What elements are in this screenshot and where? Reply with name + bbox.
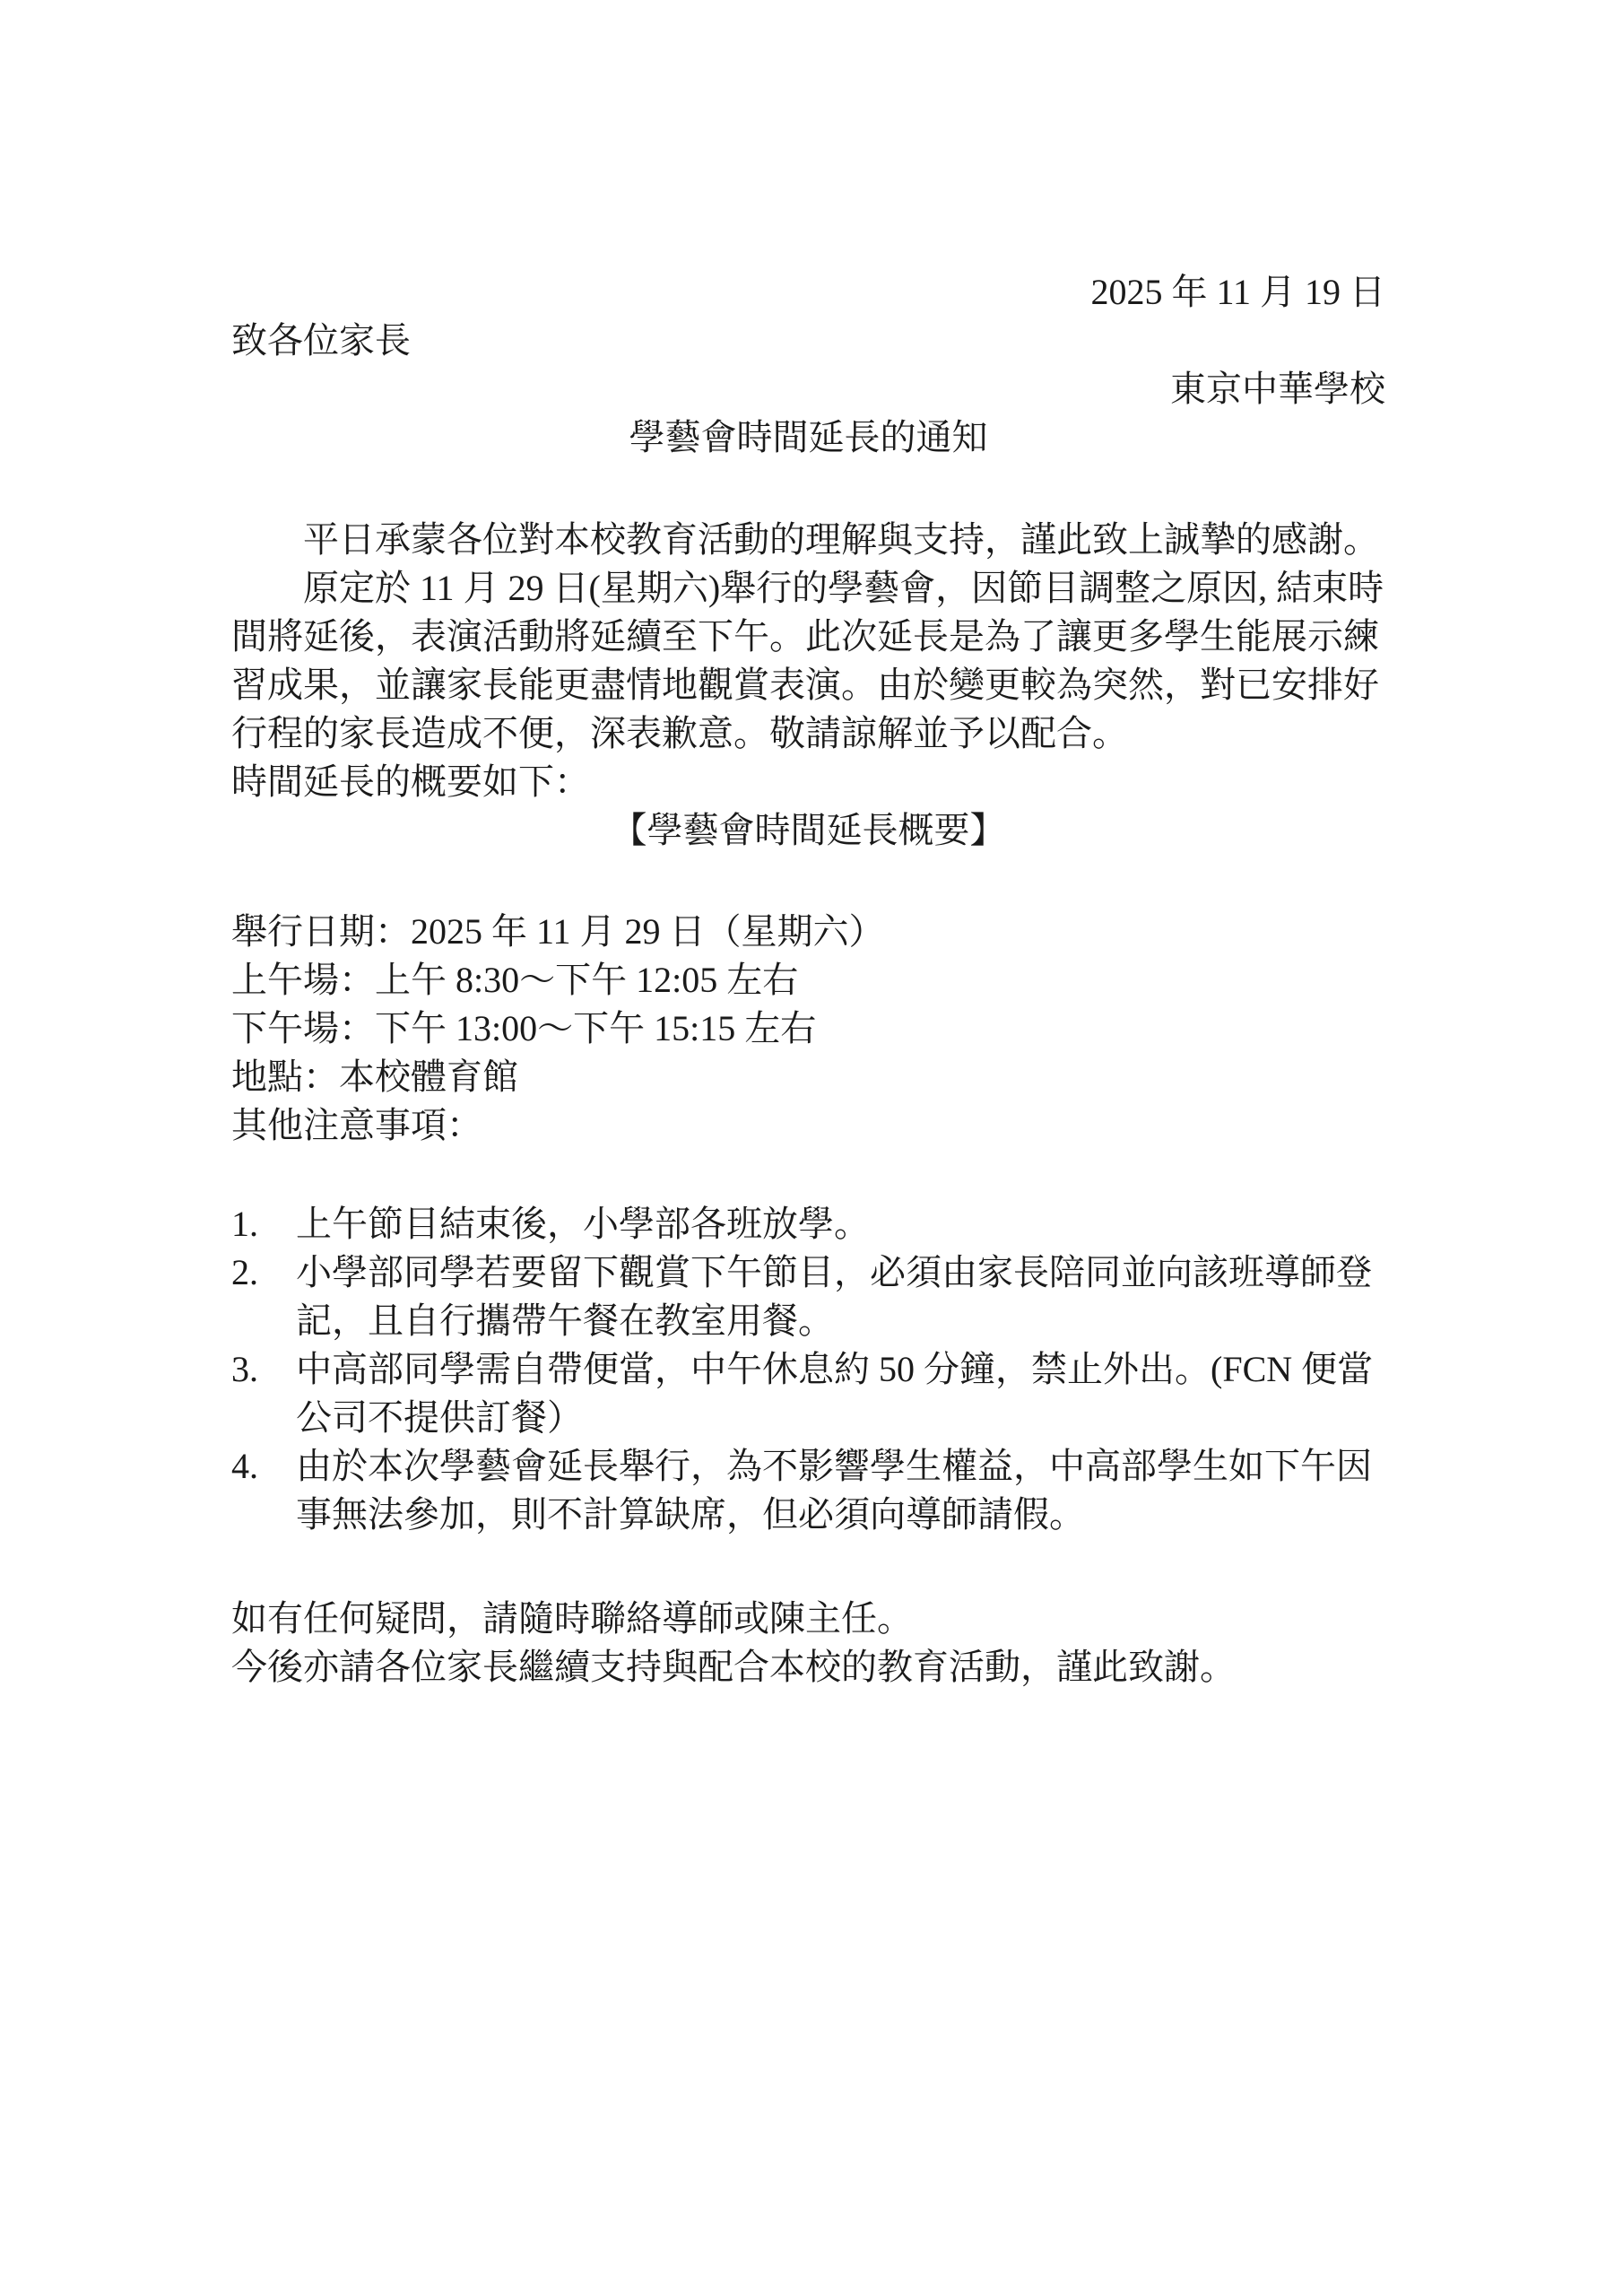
closing-contact-line: 如有任何疑問，請隨時聯絡導師或陳主任。 [231,1595,1385,1643]
recipient-line: 致各位家長 [231,317,1385,365]
note-number: 2. [231,1248,296,1345]
note-text: 上午節目結束後，小學部各班放學。 [296,1200,1385,1248]
document-content: 2025 年 11 月 19 日 致各位家長 東京中華學校 學藝會時間延長的通知… [231,0,1385,1692]
intro-paragraphs: 平日承蒙各位對本校教育活動的理解與支持，謹此致上誠摯的感謝。 原定於 11 月 … [231,516,1385,758]
sender-school-name: 東京中華學校 [231,365,1385,413]
notes-heading: 其他注意事項： [231,1101,1385,1150]
notice-document-page: 2025 年 11 月 19 日 致各位家長 東京中華學校 學藝會時間延長的通知… [0,0,1623,2296]
closing-thanks-line: 今後亦請各位家長繼續支持與配合本校的教育活動，謹此致謝。 [231,1643,1385,1692]
note-number: 1. [231,1200,296,1248]
summary-intro-line: 時間延長的概要如下： [231,758,1385,806]
notes-list: 1. 上午節目結束後，小學部各班放學。 2. 小學部同學若要留下觀賞下午節目，必… [231,1200,1385,1539]
document-title: 學藝會時間延長的通知 [231,413,1385,462]
summary-heading: 【學藝會時間延長概要】 [231,806,1385,855]
note-text: 由於本次學藝會延長舉行，為不影響學生權益，中高部學生如下午因事無法參加，則不計算… [296,1442,1385,1539]
note-item-2: 2. 小學部同學若要留下觀賞下午節目，必須由家長陪同並向該班導師登記，且自行攜帶… [231,1248,1385,1345]
note-text: 小學部同學若要留下觀賞下午節目，必須由家長陪同並向該班導師登記，且自行攜帶午餐在… [296,1248,1385,1345]
location-line: 地點：本校體育館 [231,1053,1385,1101]
schedule-block: 舉行日期：2025 年 11 月 29 日（星期六） 上午場：上午 8:30～下… [231,908,1385,1053]
note-item-3: 3. 中高部同學需自帶便當，中午休息約 50 分鐘，禁止外出。(FCN 便當公司… [231,1345,1385,1442]
schedule-date-line: 舉行日期：2025 年 11 月 29 日（星期六） [231,908,1385,956]
schedule-afternoon-session-line: 下午場：下午 13:00～下午 15:15 左右 [231,1004,1385,1053]
note-item-1: 1. 上午節目結束後，小學部各班放學。 [231,1200,1385,1248]
date-line: 2025 年 11 月 19 日 [231,268,1385,317]
paragraph-thanks: 平日承蒙各位對本校教育活動的理解與支持，謹此致上誠摯的感謝。 [231,516,1385,564]
closing-block: 如有任何疑問，請隨時聯絡導師或陳主任。 今後亦請各位家長繼續支持與配合本校的教育… [231,1595,1385,1692]
paragraph-extension-explanation: 原定於 11 月 29 日(星期六)舉行的學藝會，因節目調整之原因, 結束時間將… [231,564,1385,758]
note-number: 3. [231,1345,296,1442]
note-number: 4. [231,1442,296,1539]
note-text: 中高部同學需自帶便當，中午休息約 50 分鐘，禁止外出。(FCN 便當公司不提供… [296,1345,1385,1442]
schedule-morning-session-line: 上午場：上午 8:30～下午 12:05 左右 [231,956,1385,1004]
note-item-4: 4. 由於本次學藝會延長舉行，為不影響學生權益，中高部學生如下午因事無法參加，則… [231,1442,1385,1539]
